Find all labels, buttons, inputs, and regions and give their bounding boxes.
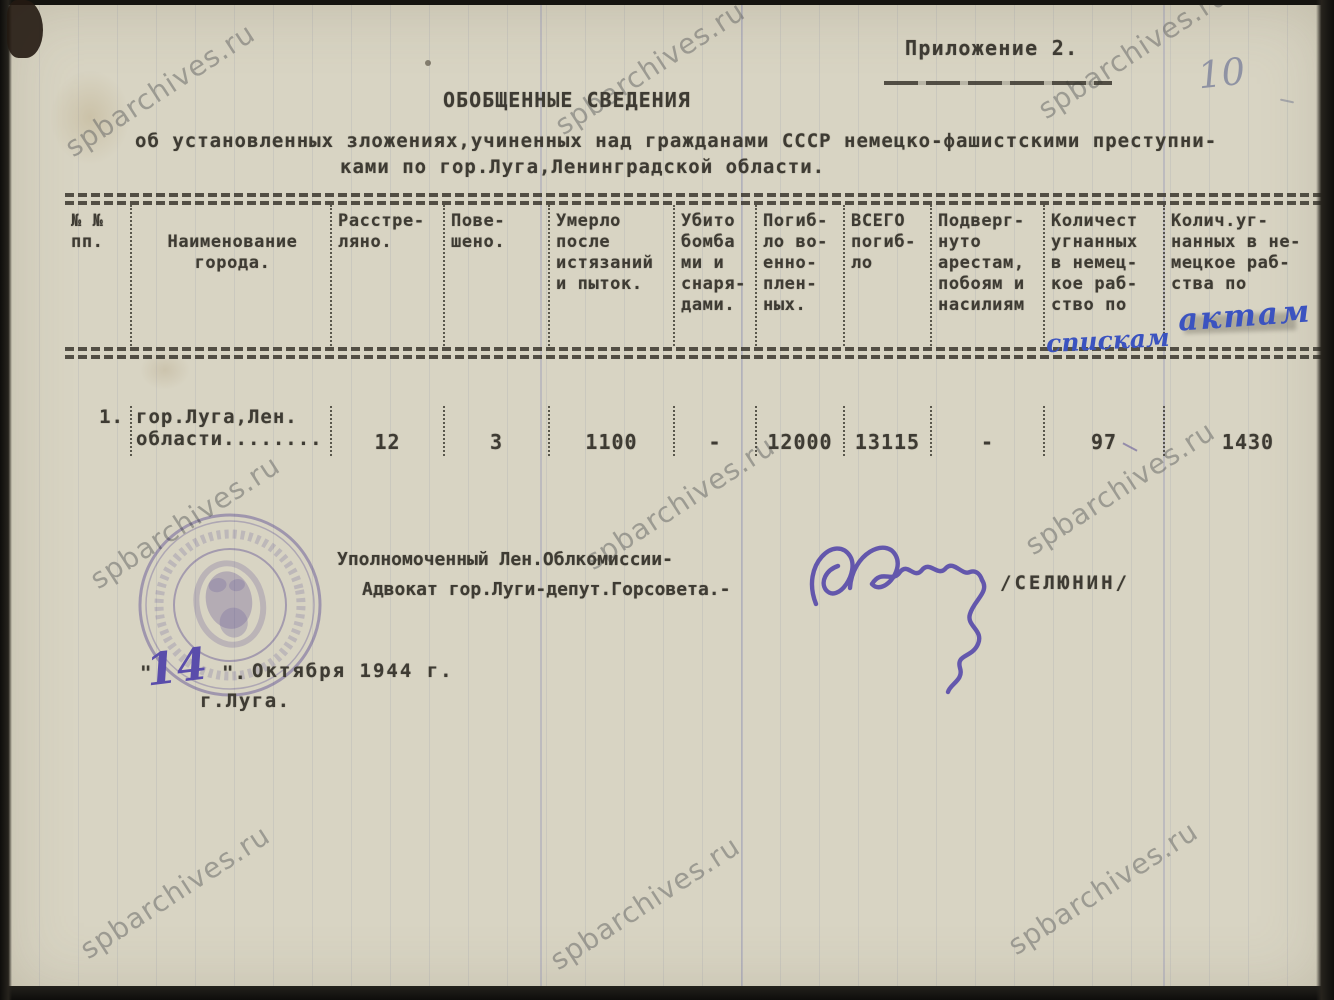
col-header-number: № № пп. [65, 205, 130, 346]
date-place: г.Луга. [200, 690, 291, 712]
date-quote-close: ". [222, 662, 247, 684]
signatory-title-line1: Уполномоченный Лен.Облкомиссии- [337, 549, 673, 570]
value-total-died: 13115 [843, 406, 930, 456]
col-header-arrested: Подверг- нуто арестам, побоям и насилиям [930, 205, 1043, 346]
scan-edge-right [1316, 0, 1334, 1000]
watermark: spbarchives.ru [1002, 814, 1204, 961]
table-border-top [65, 192, 1331, 205]
round-stamp-icon [111, 486, 348, 723]
col-header-died-torture: Умерло после истязаний и пыток. [548, 205, 673, 346]
appendix-underline [884, 81, 1112, 85]
row-number-cell: 1. [65, 406, 130, 456]
subtitle-line2: ками по гор.Луга,Ленинградской области. [340, 156, 825, 178]
page-number-handwritten: 10 [1196, 50, 1247, 98]
col-header-hanged: Пове- шено. [443, 205, 548, 346]
value-deported-lists: 97 [1043, 406, 1163, 456]
value-died-torture: 1100 [548, 406, 673, 456]
paper-stain [50, 70, 130, 165]
signatory-title-line2: Адвокат гор.Луги-депут.Горсовета.- [362, 579, 730, 600]
scan-edge-left [0, 0, 12, 1000]
document-scan: spbarchives.ru spbarchives.ru spbarchive… [0, 0, 1334, 1000]
value-pow-died: 12000 [755, 406, 843, 456]
col-header-city: Наименование города. [130, 205, 330, 346]
scan-edge-top [0, 0, 1334, 5]
value-hanged: 3 [443, 406, 548, 456]
watermark: spbarchives.ru [544, 829, 746, 976]
ink-dot [425, 60, 431, 66]
value-killed-bombs: - [673, 406, 755, 456]
subtitle-line1: об установленных зложениях,учиненных над… [135, 130, 1217, 152]
scan-corner-blob [7, 0, 43, 58]
value-deported-acts: 1430 [1163, 406, 1331, 456]
appendix-label: Приложение 2. [905, 36, 1078, 60]
col-header-killed-bombs: Убито бомба ми и снаря- дами. [673, 205, 755, 346]
watermark: spbarchives.ru [549, 0, 751, 142]
pencil-dash [1280, 99, 1294, 104]
col-header-pow-died: Погиб- ло во- енно- плен- ных. [755, 205, 843, 346]
col-header-total-died: ВСЕГО погиб- ло [843, 205, 930, 346]
col-header-shot: Расстре- ляно. [330, 205, 443, 346]
city-cell: гор.Луга,Лен. области........ [130, 406, 330, 456]
table-data-row: 1. гор.Луга,Лен. области........ 12 3 11… [65, 406, 1331, 456]
document-title: ОБОБЩЕННЫЕ СВЕДЕНИЯ [443, 88, 691, 112]
handwritten-signature [798, 526, 1028, 696]
date-month-year: Октября 1944 г. [252, 660, 454, 682]
watermark: spbarchives.ru [74, 818, 276, 965]
scan-edge-bottom [0, 986, 1334, 1000]
date-day-handwritten: 14 [143, 638, 210, 696]
value-arrested: - [930, 406, 1043, 456]
value-shot: 12 [330, 406, 443, 456]
